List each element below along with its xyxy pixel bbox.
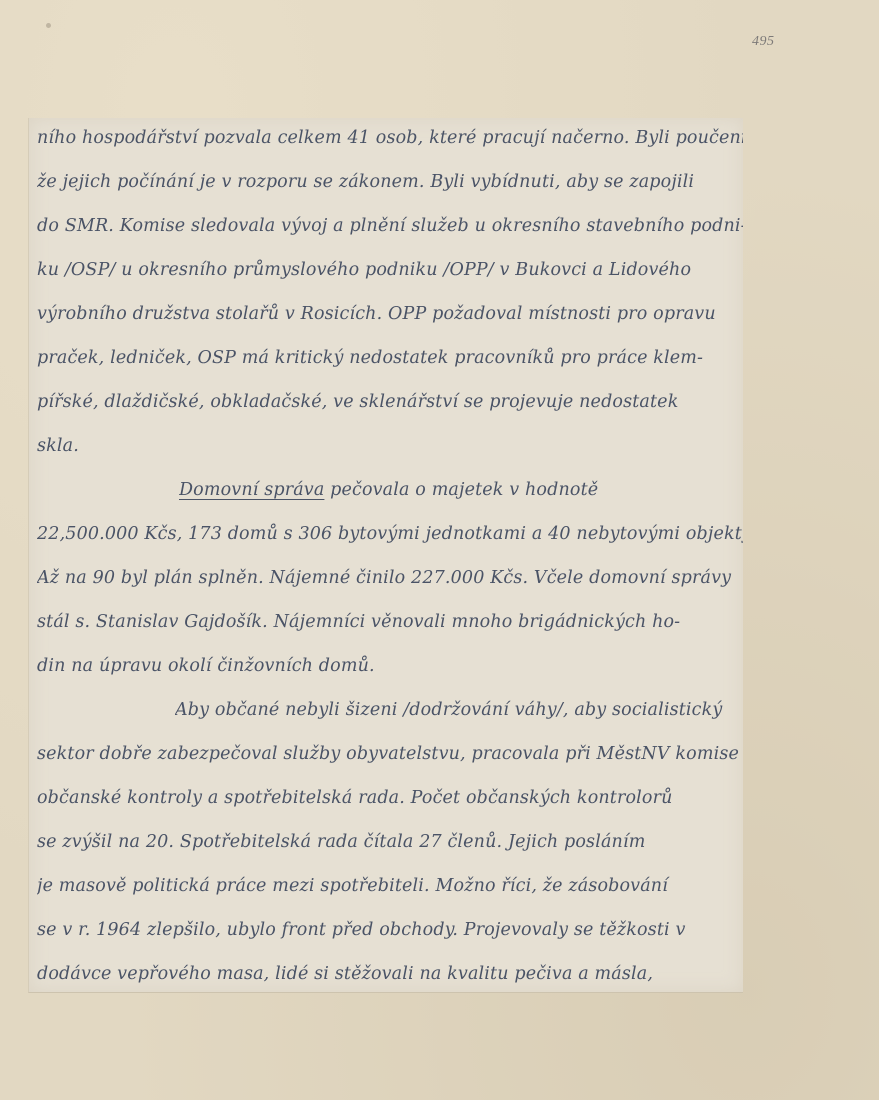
- text-line: Až na 90 byl plán splněn. Nájemné činilo…: [37, 566, 743, 590]
- text-line: stál s. Stanislav Gajdošík. Nájemníci vě…: [37, 610, 743, 634]
- text-line: občanské kontroly a spotřebitelská rada.…: [37, 786, 743, 810]
- text-line: ku /OSP/ u okresního průmyslového podnik…: [37, 258, 743, 282]
- text-line: 22,500.000 Kčs, 173 domů s 306 bytovými …: [37, 522, 743, 546]
- text-line: se zvýšil na 20. Spotřebitelská rada čít…: [37, 830, 743, 854]
- text-line: din na úpravu okolí činžovních domů.: [37, 654, 743, 678]
- handwritten-text-area: ního hospodářství pozvala celkem 41 osob…: [28, 118, 743, 993]
- page-number: 495: [752, 34, 775, 50]
- text-line: se v r. 1964 zlepšilo, ubylo front před …: [37, 918, 743, 942]
- text-line: že jejich počínání je v rozporu se zákon…: [37, 170, 743, 194]
- text-line: výrobního družstva stolařů v Rosicích. O…: [37, 302, 743, 326]
- text-line: do SMR. Komise sledovala vývoj a plnění …: [37, 214, 743, 238]
- text-line: skla.: [37, 434, 743, 458]
- text-line: praček, ledniček, OSP má kritický nedost…: [37, 346, 743, 370]
- text-line: ního hospodářství pozvala celkem 41 osob…: [37, 126, 743, 150]
- section-heading: Domovní správa: [179, 480, 324, 500]
- section-heading-line: Domovní správa pečovala o majetek v hodn…: [179, 478, 739, 502]
- text-line: pečovala o majetek v hodnotě: [324, 480, 598, 500]
- text-line: pířské, dlaždičské, obkladačské, ve skle…: [37, 390, 743, 414]
- text-line: sektor dobře zabezpečoval služby obyvate…: [37, 742, 743, 766]
- paragraph-start-line: Aby občané nebyli šizeni /dodržování váh…: [175, 698, 741, 722]
- paper-spot: [46, 23, 51, 28]
- text-line: dodávce vepřového masa, lidé si stěžoval…: [37, 962, 743, 986]
- text-line: je masově politická práce mezi spotřebit…: [37, 874, 743, 898]
